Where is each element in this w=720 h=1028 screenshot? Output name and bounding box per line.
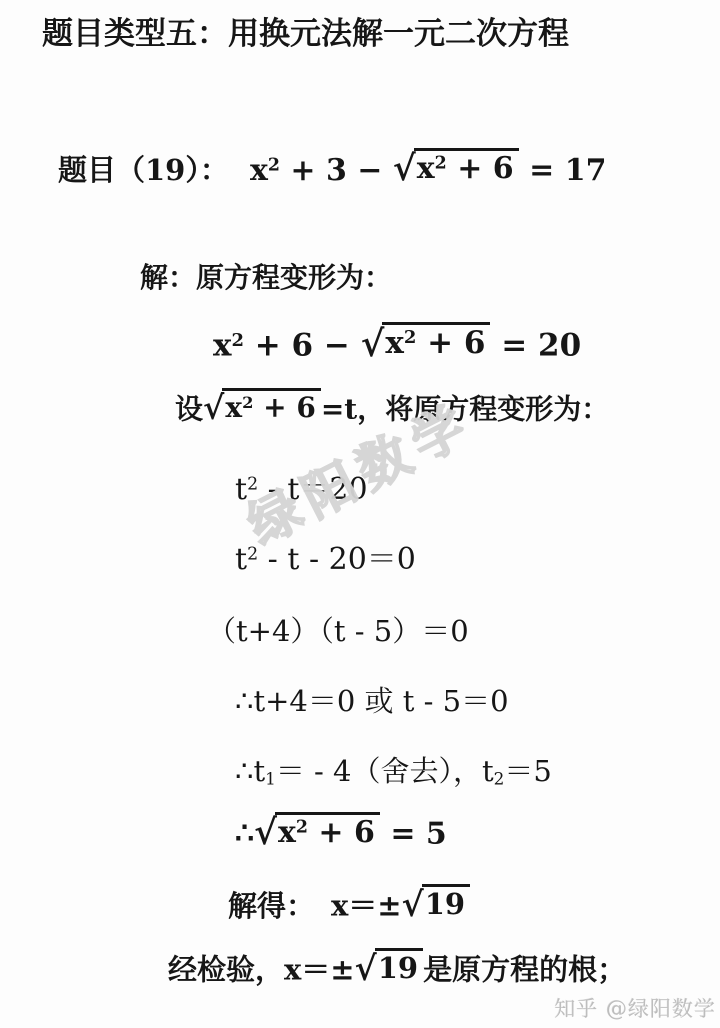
- sqrt-radical: √19: [355, 948, 423, 986]
- subscript: 1: [265, 769, 276, 789]
- equation-term: - t - 20＝0: [258, 542, 416, 577]
- step-cases: ∴t+4＝0 或 t - 5＝0: [235, 680, 509, 722]
- step-quadratic: t2 - t＝20: [235, 468, 368, 512]
- radicand-rest: + 6: [447, 151, 514, 186]
- sqrt-radical: √x2 + 6: [361, 322, 491, 363]
- radicand-value: 19: [378, 951, 418, 985]
- step-back-substitution: ∴√x2 + 6 = 5: [235, 812, 447, 856]
- radical-sign-icon: √: [203, 391, 224, 425]
- equation-term: ＝ - 4（舍去），t: [276, 754, 494, 788]
- radical-sign-icon: √: [393, 151, 416, 188]
- step-factored: （t+4）（t - 5）＝0: [207, 610, 469, 652]
- check-pre: 经检验，x＝±: [168, 953, 355, 987]
- equation-term: x: [213, 328, 231, 364]
- radicand-base: x: [385, 325, 403, 361]
- problem-label: 题目（19）：: [58, 153, 229, 187]
- radicand-rest: + 6: [253, 391, 315, 424]
- radicand-rest: + 6: [416, 325, 485, 361]
- worksheet-page: 题目类型五：用换元法解一元二次方程 题目（19）： x2 + 3 − √x2 +…: [0, 0, 720, 1028]
- radicand-base: x: [225, 391, 242, 424]
- subscript: 2: [494, 769, 505, 789]
- radicand: x2 + 6: [382, 322, 490, 363]
- radicand-value: 19: [425, 887, 465, 921]
- step-transformed-equation: x2 + 6 − √x2 + 6 = 20: [213, 322, 581, 369]
- step-substitution: 设√x2 + 6=t，将原方程变形为：: [175, 388, 609, 430]
- step-check: 经检验，x＝±√19是原方程的根；: [168, 948, 626, 991]
- radicand-exponent: 2: [242, 393, 253, 412]
- equation-term: = 5: [380, 817, 447, 852]
- radicand-base: x: [417, 151, 435, 186]
- solution-intro: 解：原方程变形为：: [140, 258, 392, 299]
- exponent: 2: [247, 474, 258, 494]
- problem-line: 题目（19）： x2 + 3 − √x2 + 6 = 17: [58, 148, 606, 192]
- radicand: 19: [375, 948, 423, 986]
- radicand-exponent: 2: [435, 153, 447, 173]
- step-solve: 解得：x＝±√19: [228, 884, 470, 927]
- substitution-pre: 设: [175, 393, 203, 426]
- equation-term: x: [250, 153, 268, 188]
- radicand: x2 + 6: [222, 388, 320, 425]
- equation-term: ＝5: [504, 754, 551, 788]
- equation-term: + 6 −: [244, 328, 361, 364]
- equation-term: + 3 −: [280, 153, 393, 188]
- exponent: 2: [231, 330, 244, 351]
- credit-watermark: 知乎 @绿阳数学: [554, 993, 716, 1023]
- equation-term: = 20: [490, 328, 581, 364]
- equation-term: t: [235, 472, 247, 507]
- radicand: 19: [422, 884, 470, 922]
- radicand-exponent: 2: [404, 327, 417, 348]
- equation-term: - t＝20: [258, 472, 367, 507]
- sqrt-radical: √19: [402, 884, 470, 922]
- radicand-exponent: 2: [296, 817, 308, 837]
- radicand: x2 + 6: [414, 148, 519, 188]
- substitution-post: =t，将原方程变形为：: [321, 393, 609, 426]
- radical-sign-icon: √: [361, 325, 385, 363]
- radical-sign-icon: √: [402, 887, 424, 923]
- exponent: 2: [268, 155, 280, 175]
- solve-label: 解得：: [228, 889, 315, 923]
- page-title: 题目类型五：用换元法解一元二次方程: [42, 12, 569, 57]
- therefore-sign: ∴: [235, 817, 254, 852]
- step-quadratic-zero: t2 - t - 20＝0: [235, 538, 416, 582]
- problem-equation: x2 + 3 − √x2 + 6 = 17: [250, 153, 607, 188]
- sqrt-radical: √x2 + 6: [393, 148, 519, 188]
- radicand-rest: + 6: [308, 815, 375, 850]
- radical-sign-icon: √: [254, 815, 277, 852]
- sqrt-radical: √x2 + 6: [203, 388, 321, 425]
- equation-term: = 17: [519, 153, 607, 188]
- radical-sign-icon: √: [355, 951, 377, 987]
- step-roots: ∴t1＝ - 4（舍去），t2＝5: [235, 750, 552, 792]
- equation-term: t: [235, 542, 247, 577]
- exponent: 2: [247, 544, 258, 564]
- radicand: x2 + 6: [275, 812, 380, 852]
- radicand-base: x: [278, 815, 296, 850]
- equation-term: x＝±: [331, 889, 402, 923]
- equation-term: ∴t: [235, 754, 265, 788]
- check-post: 是原方程的根；: [423, 953, 626, 987]
- sqrt-radical: √x2 + 6: [254, 812, 380, 852]
